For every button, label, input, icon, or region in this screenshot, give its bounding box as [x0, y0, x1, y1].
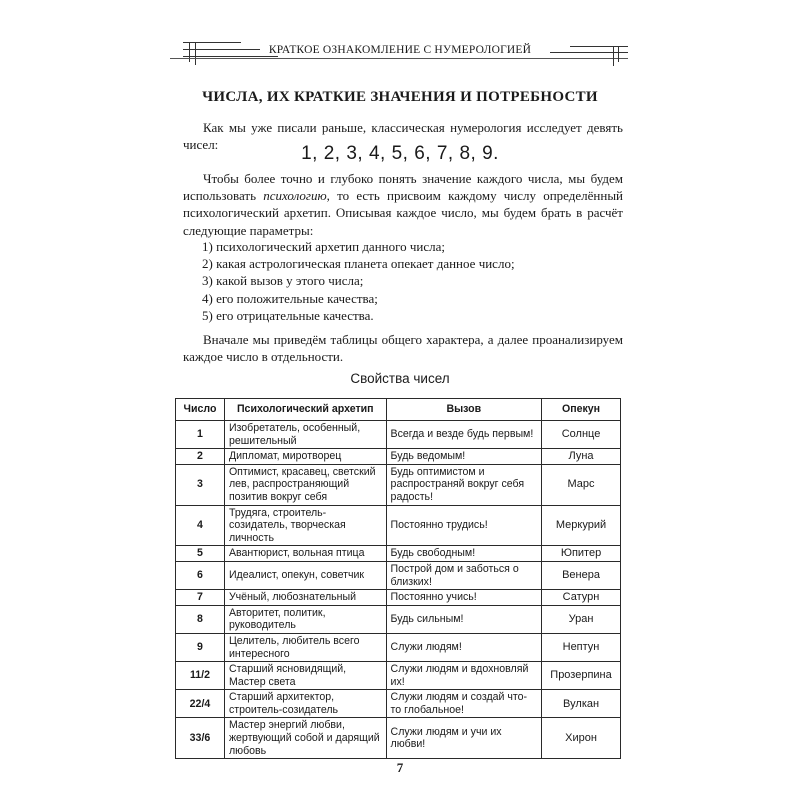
row-archetype: Мастер энергий любви, жертвующий собой и…	[224, 718, 386, 759]
list-item: 5) его отрицательные качества.	[202, 307, 515, 324]
table-row: 11/2Старший ясновидящий, Мастер светаСлу…	[176, 662, 621, 690]
row-number: 5	[176, 546, 225, 562]
row-archetype: Дипломат, миротворец	[224, 449, 386, 465]
table-row: 33/6Мастер энергий любви, жертвующий соб…	[176, 718, 621, 759]
method-paragraph: Чтобы более точно и глубоко понять значе…	[183, 170, 623, 239]
row-archetype: Оптимист, красавец, светский лев, распро…	[224, 464, 386, 505]
running-header: КРАТКОЕ ОЗНАКОМЛЕНИЕ С НУМЕРОЛОГИЕЙ	[0, 44, 800, 56]
section-title: ЧИСЛА, ИХ КРАТКИЕ ЗНАЧЕНИЯ И ПОТРЕБНОСТИ	[0, 89, 800, 106]
row-number: 9	[176, 633, 225, 661]
row-challenge: Будь свободным!	[386, 546, 541, 562]
summary-paragraph: Вначале мы приведём таблицы общего харак…	[183, 331, 623, 365]
row-challenge: Будь сильным!	[386, 605, 541, 633]
page-number: 7	[0, 760, 800, 776]
row-archetype: Целитель, любитель всего интересного	[224, 633, 386, 661]
row-archetype: Старший архитектор, строитель-созидатель	[224, 690, 386, 718]
list-item: 3) какой вызов у этого числа;	[202, 272, 515, 289]
row-archetype: Трудяга, строитель-созидатель, творческа…	[224, 505, 386, 546]
row-archetype: Авторитет, политик, руководитель	[224, 605, 386, 633]
row-archetype: Изобретатель, особенный, решительный	[224, 421, 386, 449]
row-number: 4	[176, 505, 225, 546]
number-properties-table: Число Психологический архетип Вызов Опек…	[175, 398, 621, 759]
table-row: 1Изобретатель, особенный, решительныйВсе…	[176, 421, 621, 449]
table-row: 9Целитель, любитель всего интересногоСлу…	[176, 633, 621, 661]
row-guardian: Прозерпина	[542, 662, 621, 690]
row-challenge: Служи людям и создай что-то глобальное!	[386, 690, 541, 718]
list-item: 4) его положительные качества;	[202, 290, 515, 307]
row-number: 7	[176, 590, 225, 606]
table-header-row: Число Психологический архетип Вызов Опек…	[176, 399, 621, 421]
table-row: 4Трудяга, строитель-созидатель, творческ…	[176, 505, 621, 546]
row-challenge: Служи людям и учи их любви!	[386, 718, 541, 759]
method-text-italic: психологию	[263, 188, 326, 203]
header-number: Число	[176, 399, 225, 421]
row-number: 1	[176, 421, 225, 449]
row-challenge: Построй дом и заботься о близких!	[386, 561, 541, 589]
list-item: 2) какая астрологическая планета опекает…	[202, 255, 515, 272]
table-row: 6Идеалист, опекун, советчикПострой дом и…	[176, 561, 621, 589]
row-number: 2	[176, 449, 225, 465]
list-item: 1) психологический архетип данного числа…	[202, 238, 515, 255]
row-challenge: Служи людям и вдохновляй их!	[386, 662, 541, 690]
table-row: 3Оптимист, красавец, светский лев, распр…	[176, 464, 621, 505]
row-guardian: Вулкан	[542, 690, 621, 718]
row-number: 11/2	[176, 662, 225, 690]
numbers-line: 1, 2, 3, 4, 5, 6, 7, 8, 9.	[0, 143, 800, 165]
table-row: 2Дипломат, миротворецБудь ведомым!Луна	[176, 449, 621, 465]
row-challenge: Постоянно трудись!	[386, 505, 541, 546]
row-guardian: Сатурн	[542, 590, 621, 606]
row-challenge: Постоянно учись!	[386, 590, 541, 606]
row-challenge: Будь оптимистом и распространяй вокруг с…	[386, 464, 541, 505]
book-page: КРАТКОЕ ОЗНАКОМЛЕНИЕ С НУМЕРОЛОГИЕЙ ЧИСЛ…	[0, 0, 800, 800]
row-number: 3	[176, 464, 225, 505]
row-guardian: Луна	[542, 449, 621, 465]
row-challenge: Всегда и везде будь первым!	[386, 421, 541, 449]
parameters-list: 1) психологический архетип данного числа…	[202, 238, 515, 324]
table-row: 5Авантюрист, вольная птицаБудь свободным…	[176, 546, 621, 562]
row-guardian: Солнце	[542, 421, 621, 449]
table-caption: Свойства чисел	[0, 371, 800, 386]
table-row: 22/4Старший архитектор, строитель-созида…	[176, 690, 621, 718]
row-archetype: Идеалист, опекун, советчик	[224, 561, 386, 589]
row-guardian: Меркурий	[542, 505, 621, 546]
table-body: 1Изобретатель, особенный, решительныйВсе…	[176, 421, 621, 759]
row-archetype: Учёный, любознательный	[224, 590, 386, 606]
row-guardian: Хирон	[542, 718, 621, 759]
row-guardian: Уран	[542, 605, 621, 633]
header-challenge: Вызов	[386, 399, 541, 421]
header-archetype: Психологический архетип	[224, 399, 386, 421]
row-guardian: Нептун	[542, 633, 621, 661]
row-challenge: Будь ведомым!	[386, 449, 541, 465]
header-guardian: Опекун	[542, 399, 621, 421]
row-number: 22/4	[176, 690, 225, 718]
row-guardian: Марс	[542, 464, 621, 505]
row-number: 8	[176, 605, 225, 633]
row-guardian: Венера	[542, 561, 621, 589]
row-archetype: Старший ясновидящий, Мастер света	[224, 662, 386, 690]
table-row: 8Авторитет, политик, руководительБудь си…	[176, 605, 621, 633]
row-number: 33/6	[176, 718, 225, 759]
row-guardian: Юпитер	[542, 546, 621, 562]
row-number: 6	[176, 561, 225, 589]
row-archetype: Авантюрист, вольная птица	[224, 546, 386, 562]
table-row: 7Учёный, любознательныйПостоянно учись!С…	[176, 590, 621, 606]
row-challenge: Служи людям!	[386, 633, 541, 661]
